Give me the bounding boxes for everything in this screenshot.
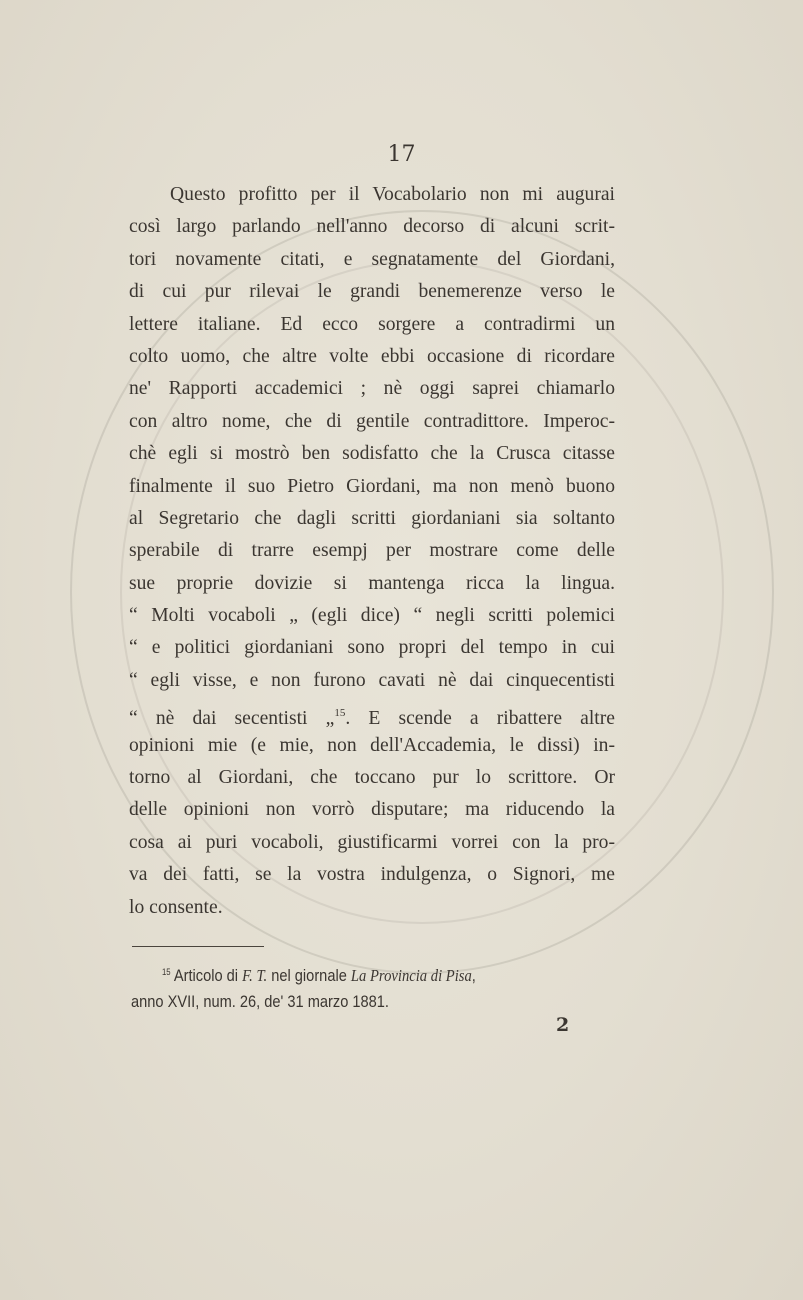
text-line: “ egli visse, e non furono cavati nè dai… [129,665,615,697]
text-segment: . E scende a ribattere altre [345,708,615,729]
footnote-text: Articolo di [174,966,238,985]
text-line: lo consente. [129,892,615,924]
text-segment: “ nè dai secentisti „ [129,708,334,729]
text-line: con altro nome, che di gentile contradit… [129,406,615,438]
text-line: va dei fatti, se la vostra indulgenza, o… [129,859,615,891]
footnote: 15 Articolo di F. T. nel giornale La Pro… [131,958,546,1016]
text-line: di cui pur rilevai le grandi benemerenze… [129,276,615,308]
text-line: ne' Rapporti accademici ; nè oggi saprei… [129,373,615,405]
book-page: 17 Questo profitto per il Vocabolario no… [0,0,803,1300]
signature-mark: 2 [556,1014,569,1036]
footnote-punctuation: , [472,966,476,985]
footnote-line: anno XVII, num. 26, de' 31 marzo 1881. [131,987,613,1016]
text-line: finalmente il suo Pietro Giordani, ma no… [129,471,615,503]
footnote-author: F. T. [242,966,267,985]
text-line: torno al Giordani, che toccano pur lo sc… [129,762,615,794]
footnote-separator [132,946,264,947]
text-line: così largo parlando nell'anno decorso di… [129,211,615,243]
text-line: cosa ai puri vocaboli, giustificarmi vor… [129,827,615,859]
text-line: lettere italiane. Ed ecco sorgere a cont… [129,309,615,341]
footnote-journal-title: La Provincia di Pisa [351,966,472,985]
text-line: “ Molti vocaboli „ (egli dice) “ negli s… [129,600,615,632]
text-line: delle opinioni non vorrò disputare; ma r… [129,794,615,826]
text-line: tori novamente citati, e segnatamente de… [129,244,615,276]
text-line: Questo profitto per il Vocabolario non m… [129,179,615,211]
text-line: chè egli si mostrò ben sodisfatto che la… [129,438,615,470]
text-line-with-footnote-ref: “ nè dai secentisti „15. E scende a riba… [129,697,615,729]
text-line: opinioni mie (e mie, non dell'Accademia,… [129,730,615,762]
page-number: 17 [0,142,803,167]
text-line: sperabile di trarre esempj per mostrare … [129,535,615,567]
footnote-reference: 15 [334,707,345,719]
footnote-marker: 15 [162,967,171,977]
body-paragraph: Questo profitto per il Vocabolario non m… [129,179,615,924]
text-line: “ e politici giordaniani sono propri del… [129,632,615,664]
text-line: al Segretario che dagli scritti giordani… [129,503,615,535]
text-line: colto uomo, che altre volte ebbi occasio… [129,341,615,373]
footnote-text: nel giornale [271,966,347,985]
footnote-line: 15 Articolo di F. T. nel giornale La Pro… [131,958,644,987]
text-line: sue proprie dovizie si mantenga ricca la… [129,568,615,600]
